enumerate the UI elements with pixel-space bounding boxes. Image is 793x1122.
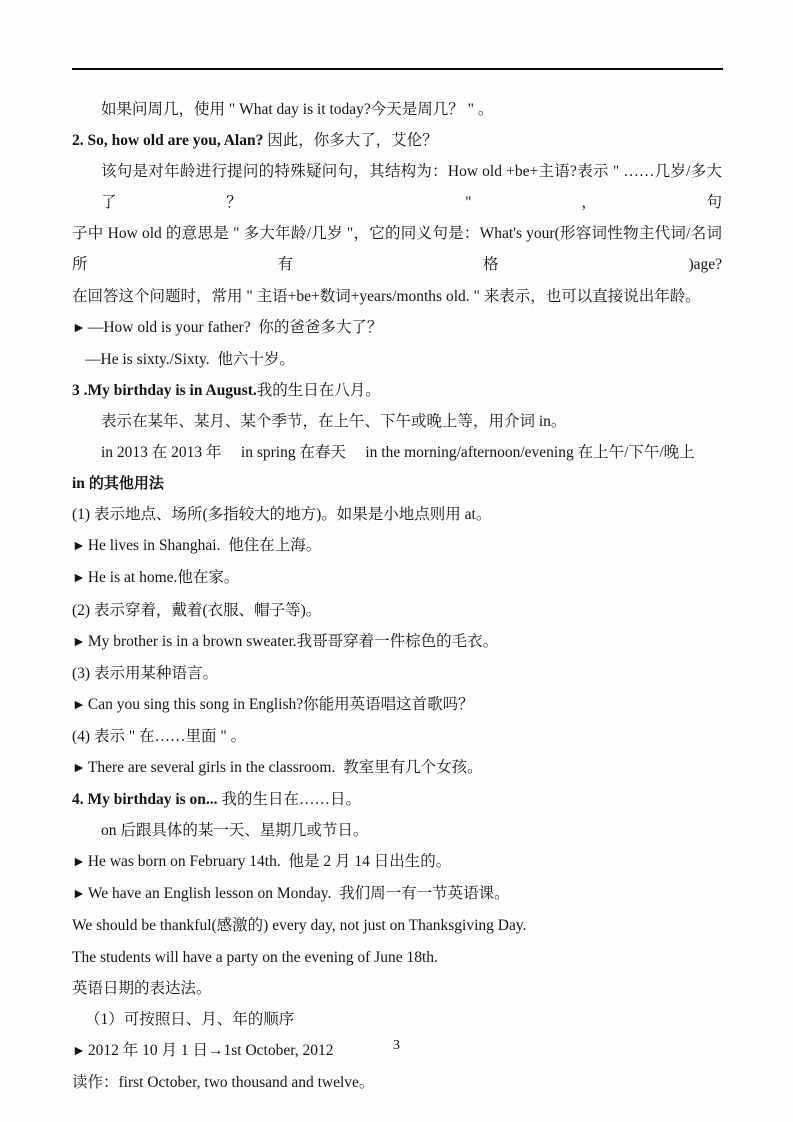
example-marker-icon: ► [72, 571, 86, 586]
doc-line: 读作：first October, two thousand and twelv… [72, 1067, 722, 1098]
doc-line: The students will have a party on the ev… [72, 942, 722, 973]
doc-text-bold: 的其他用法 [89, 475, 164, 492]
example-marker-icon: ► [72, 887, 86, 902]
doc-line: in 2013 在 2013 年 in spring 在春天 in the mo… [72, 437, 722, 468]
doc-text-bold: 2. So, how old are you, Alan? [72, 132, 263, 149]
doc-text: We have an English lesson on Monday. 我们周… [88, 885, 510, 902]
doc-text: 读作：first October, two thousand and twelv… [72, 1074, 374, 1091]
doc-text-bold: 3 .My birthday is in August. [72, 382, 257, 399]
doc-text: 因此，你多大了，艾伦？ [263, 132, 437, 149]
doc-text: There are several girls in the classroom… [88, 759, 483, 776]
doc-text-bold: in [72, 475, 89, 492]
document-page: 如果问周几，使用 " What day is it today?今天是周几？ "… [0, 0, 793, 1122]
doc-line: ►Can you sing this song in English?你能用英语… [72, 689, 722, 721]
doc-text: on 后跟具体的某一天、星期几或节日。 [101, 822, 368, 839]
doc-text: We should be thankful(感激的) every day, no… [72, 917, 527, 934]
doc-line: on 后跟具体的某一天、星期几或节日。 [72, 815, 722, 846]
example-marker-icon: ► [72, 321, 86, 336]
doc-line: ►There are several girls in the classroo… [72, 752, 722, 784]
doc-line: （1）可按照日、月、年的顺序 [72, 1004, 722, 1035]
example-marker-icon: ► [72, 855, 86, 870]
doc-line: 3 .My birthday is in August.我的生日在八月。 [72, 375, 722, 406]
doc-line: (3) 表示用某种语言。 [72, 658, 722, 689]
doc-text: 我的生日在……日。 [218, 791, 361, 808]
doc-line: —He is sixty./Sixty. 他六十岁。 [72, 344, 722, 375]
doc-line: ►We have an English lesson on Monday. 我们… [72, 878, 722, 910]
doc-text: He lives in Shanghai. 他住在上海。 [88, 537, 321, 554]
doc-text: 英语日期的表达法。 [72, 980, 212, 997]
doc-line: 2. So, how old are you, Alan? 因此，你多大了，艾伦… [72, 125, 722, 156]
doc-text: （1）可按照日、月、年的顺序 [85, 1011, 294, 1028]
doc-line: in 的其他用法 [72, 468, 722, 499]
doc-text: (1) 表示地点、场所(多指较大的地方)。如果是小地点则用 at。 [72, 506, 491, 523]
doc-line: 子中 How old 的意思是 " 多大年龄/几岁 "，它的同义句是：What'… [72, 218, 722, 280]
doc-line: ►He is at home.他在家。 [72, 562, 722, 594]
header-rule [72, 68, 723, 70]
doc-text: —He is sixty./Sixty. 他六十岁。 [85, 351, 295, 368]
doc-text: 如果问周几，使用 " What day is it today?今天是周几？ "… [101, 101, 493, 118]
doc-text: (4) 表示 " 在……里面 " 。 [72, 728, 246, 745]
doc-line: ►My brother is in a brown sweater.我哥哥穿着一… [72, 626, 722, 658]
doc-line: 如果问周几，使用 " What day is it today?今天是周几？ "… [72, 94, 722, 125]
doc-text: (2) 表示穿着，戴着(衣服、帽子等)。 [72, 602, 321, 619]
example-marker-icon: ► [72, 635, 86, 650]
example-marker-icon: ► [72, 761, 86, 776]
doc-text: 该句是对年龄进行提问的特殊疑问句，其结构为：How old +be+主语?表示 … [101, 163, 722, 211]
doc-line: 英语日期的表达法。 [72, 973, 722, 1004]
doc-text: Can you sing this song in English?你能用英语唱… [88, 696, 474, 713]
doc-line: (4) 表示 " 在……里面 " 。 [72, 721, 722, 752]
doc-text: He is at home.他在家。 [88, 569, 240, 586]
doc-text: The students will have a party on the ev… [72, 949, 438, 966]
doc-text: 子中 How old 的意思是 " 多大年龄/几岁 "，它的同义句是：What'… [72, 225, 722, 273]
doc-line: We should be thankful(感激的) every day, no… [72, 910, 722, 941]
doc-line: ►He lives in Shanghai. 他住在上海。 [72, 530, 722, 562]
doc-text: 我的生日在八月。 [257, 382, 381, 399]
doc-text: —How old is your father? 你的爸爸多大了？ [88, 319, 382, 336]
document-content: 如果问周几，使用 " What day is it today?今天是周几？ "… [72, 94, 722, 1098]
doc-text: in 2013 在 2013 年 in spring 在春天 in the mo… [101, 444, 695, 461]
example-marker-icon: ► [72, 698, 86, 713]
doc-line: 4. My birthday is on... 我的生日在……日。 [72, 784, 722, 815]
doc-line: 该句是对年龄进行提问的特殊疑问句，其结构为：How old +be+主语?表示 … [72, 156, 722, 218]
doc-line: ►—How old is your father? 你的爸爸多大了？ [72, 312, 722, 344]
doc-text: My brother is in a brown sweater.我哥哥穿着一件… [88, 633, 498, 650]
page-number: 3 [0, 1038, 793, 1054]
doc-line: 表示在某年、某月、某个季节，在上午、下午或晚上等，用介词 in。 [72, 406, 722, 437]
doc-line: ►He was born on February 14th. 他是 2 月 14… [72, 846, 722, 878]
doc-text: 在回答这个问题时，常用 " 主语+be+数词+years/months old.… [72, 288, 701, 305]
doc-line: 在回答这个问题时，常用 " 主语+be+数词+years/months old.… [72, 281, 722, 312]
doc-text-bold: 4. My birthday is on... [72, 791, 218, 808]
doc-text: (3) 表示用某种语言。 [72, 665, 218, 682]
doc-text: 表示在某年、某月、某个季节，在上午、下午或晚上等，用介词 in。 [101, 413, 566, 430]
example-marker-icon: ► [72, 539, 86, 554]
doc-line: (2) 表示穿着，戴着(衣服、帽子等)。 [72, 595, 722, 626]
doc-line: (1) 表示地点、场所(多指较大的地方)。如果是小地点则用 at。 [72, 499, 722, 530]
doc-text: He was born on February 14th. 他是 2 月 14 … [88, 853, 451, 870]
